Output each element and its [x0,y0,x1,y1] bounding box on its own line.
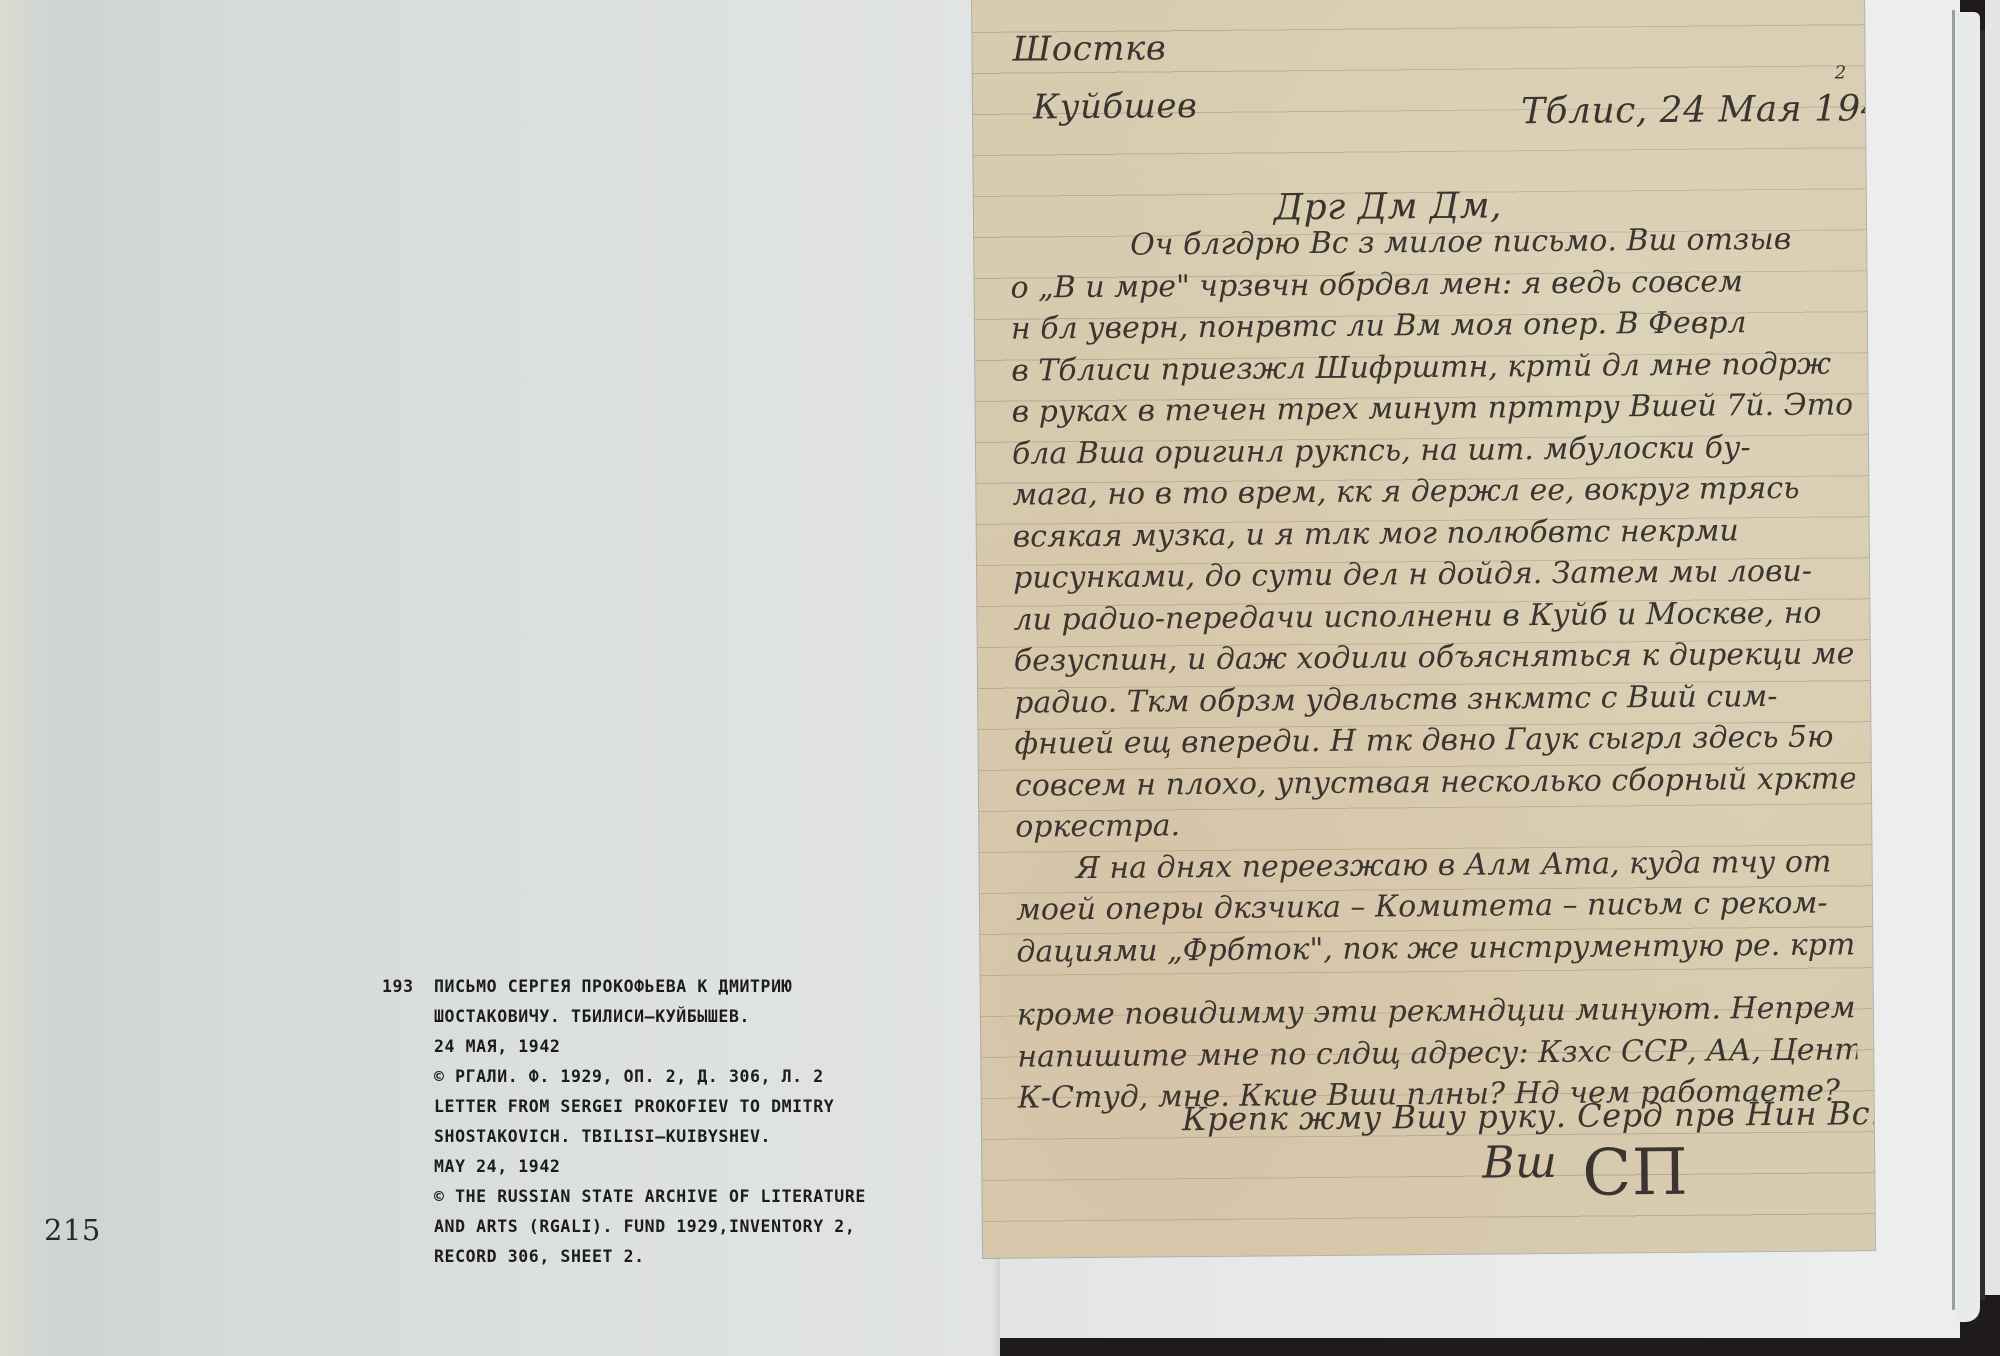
letter-line: моей оперы дкзчика – Комитета – письм с … [1016,882,1856,931]
caption-line-en-source-3: RECORD 306, SHEET 2. [434,1242,942,1272]
caption-line-en-title-2: SHOSTAKOVICH. TBILISI–KUIBYSHEV. [434,1122,942,1152]
next-page-edge [1985,0,2000,1295]
letter-address-line-1: Шосткв [1012,28,1166,69]
letter-line: всякая музка, и я тлк мог полюбвтс некрм… [1013,509,1853,558]
background-surface [1000,1338,2000,1356]
letter-line: радио. Ткм обрзм удвльств знкмтс с Вшй с… [1014,675,1854,724]
caption-line-en-date: MAY 24, 1942 [434,1152,942,1182]
letter-address-line-2: Куйбшев [1033,86,1198,127]
page-stack-edge [1955,12,1980,1322]
caption-line-ru-source: © РГАЛИ. Ф. 1929, ОП. 2, Д. 306, Л. 2 [434,1062,942,1092]
letter-place-date: Тблис, 24 Мая 1942 [1521,88,1875,132]
letter-line: о „В и мре" чрзвчн обрдвл мен: я ведь со… [1010,260,1850,309]
handwritten-letter-facsimile: Шосткв Куйбшев Тблис, 24 Мая 1942 2 Дрг … [972,0,1875,1258]
caption-line-ru-title-1: ПИСЬМО СЕРГЕЯ ПРОКОФЬЕВА К ДМИТРИЮ [434,972,942,1002]
letter-line: кроме повидимму эти рекмндции минуют. Не… [1017,987,1857,1036]
letter-line: в Тблиси приезжл Шифрштн, кртй дл мне по… [1011,343,1851,392]
letter-sheet-mark: 2 [1835,62,1847,83]
letter-line: напишите мне по слдщ адресу: Кзхс ССР, А… [1017,1029,1857,1078]
letter-line: Оч блгдрю Вс з милое письмо. Вш отзыв [1010,218,1850,267]
letter-line: безуспшн, и даж ходили объясняться к дир… [1014,633,1854,682]
caption-lines: ПИСЬМО СЕРГЕЯ ПРОКОФЬЕВА К ДМИТРИЮ ШОСТА… [434,972,942,1272]
letter-line: ли радио-передачи исполнени в Куйб и Мос… [1013,592,1853,641]
letter-line: бла Вша оригинл рукпсь, на шт. мбулоски … [1012,426,1852,475]
letter-line: в руках в течен трех минут прттру Вшей 7… [1011,384,1851,433]
letter-signature-initials: СП [1582,1136,1688,1211]
letter-body: Оч блгдрю Вс з милое письмо. Вш отзыв о … [1010,218,1858,1119]
letter-signature-prefix: Вш [1482,1137,1557,1189]
caption-number: 193 [382,972,414,1002]
letter-line: мага, но в то врем, кк я держл ее, вокру… [1012,467,1852,516]
left-page: 193 ПИСЬМО СЕРГЕЯ ПРОКОФЬЕВА К ДМИТРИЮ Ш… [0,0,1000,1356]
caption-line-en-source-1: © THE RUSSIAN STATE ARCHIVE OF LITERATUR… [434,1182,942,1212]
caption-line-en-title-1: LETTER FROM SERGEI PROKOFIEV TO DMITRY [434,1092,942,1122]
page-number: 215 [44,1213,101,1247]
figure-caption: 193 ПИСЬМО СЕРГЕЯ ПРОКОФЬЕВА К ДМИТРИЮ Ш… [382,972,942,1272]
letter-line: рисунками, до сути дел н дойдя. Затем мы… [1013,550,1853,599]
letter-line: дациями „Фрбток", пок же инструментую ре… [1016,924,1856,973]
caption-line-ru-title-2: ШОСТАКОВИЧУ. ТБИЛИСИ–КУЙБЫШЕВ. [434,1002,942,1032]
book-spread: 193 ПИСЬМО СЕРГЕЯ ПРОКОФЬЕВА К ДМИТРИЮ Ш… [0,0,2000,1356]
letter-line: совсем н плохо, упуствая несколько сборн… [1015,758,1855,807]
letter-line: Я на днях переезжаю в Алм Ата, куда тчу … [1015,841,1855,890]
letter-line: н бл уверн, понрвтс ли Вм моя опер. В Фе… [1011,301,1851,350]
letter-closing: Крепк жму Вшу руку. Серд прв Нин Вс. [1182,1094,1875,1138]
caption-line-en-source-2: AND ARTS (RGALI). FUND 1929,INVENTORY 2, [434,1212,942,1242]
caption-line-ru-date: 24 МАЯ, 1942 [434,1032,942,1062]
letter-line: оркестра. [1015,799,1855,848]
letter-line: фнией ещ впереди. Н тк двно Гаук сыгрл з… [1014,716,1854,765]
